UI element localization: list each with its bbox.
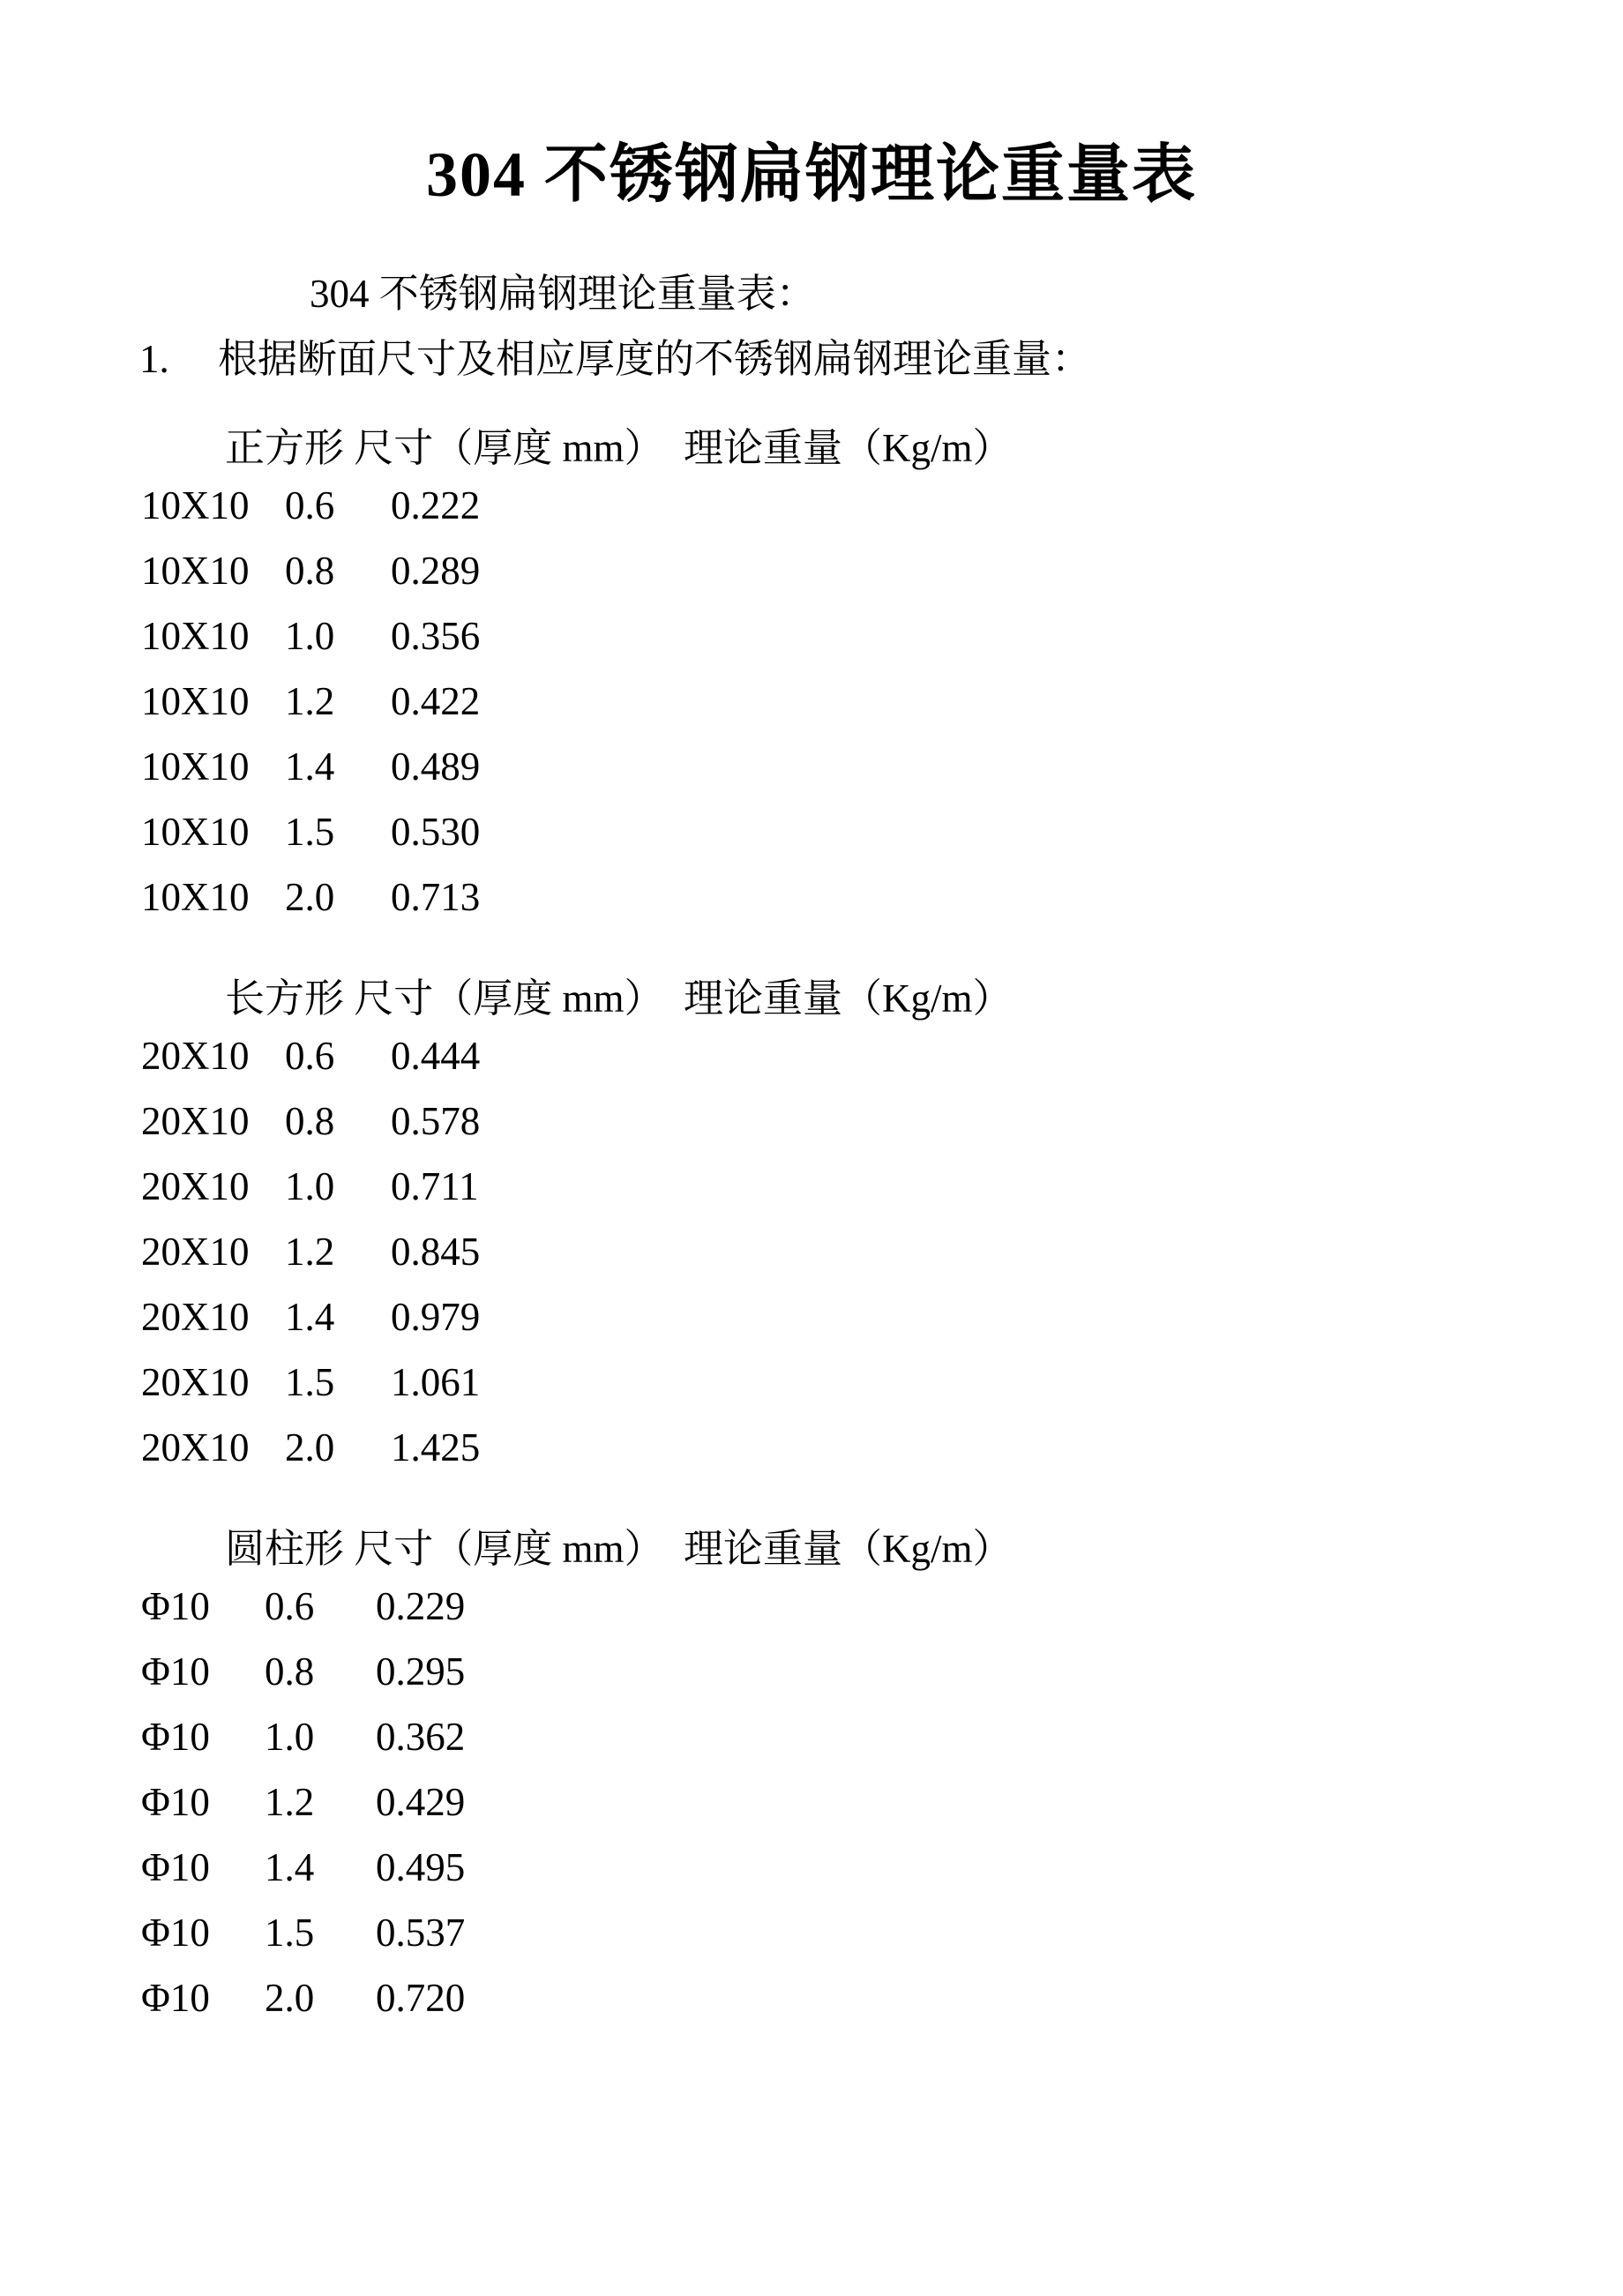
size-cell: 20X10 — [141, 1154, 285, 1219]
table-row: Φ10 1.4 0.495 — [141, 1835, 1623, 1900]
thickness-cell: 0.6 — [265, 1574, 376, 1639]
weight-cell: 0.720 — [376, 1965, 465, 2031]
document-subtitle: 304 不锈钢扁钢理论重量表： — [310, 273, 1623, 314]
table-row: 20X10 0.6 0.444 — [141, 1023, 1623, 1088]
weight-cell: 0.530 — [391, 799, 480, 864]
section-rows: Φ10 0.6 0.229 Φ10 0.8 0.295 Φ10 1.0 0.36… — [0, 1574, 1623, 2031]
thickness-cell: 1.4 — [265, 1835, 376, 1900]
weight-table-section: 长方形 尺寸（厚度 mm） 理论重量（Kg/m） 20X10 0.6 0.444… — [0, 978, 1623, 1480]
table-row: 10X10 2.0 0.713 — [141, 864, 1623, 930]
size-cell: Φ10 — [141, 1900, 265, 1965]
size-cell: 10X10 — [141, 473, 285, 538]
thickness-cell: 1.5 — [285, 799, 391, 864]
weight-cell: 0.979 — [391, 1284, 480, 1350]
weight-cell: 0.229 — [376, 1574, 465, 1639]
table-row: 20X10 2.0 1.425 — [141, 1415, 1623, 1480]
size-cell: Φ10 — [141, 1639, 265, 1704]
size-cell: Φ10 — [141, 1704, 265, 1769]
weight-table-section: 正方形 尺寸（厚度 mm） 理论重量（Kg/m） 10X10 0.6 0.222… — [0, 428, 1623, 930]
size-cell: Φ10 — [141, 1769, 265, 1835]
table-row: 20X10 1.4 0.979 — [141, 1284, 1623, 1350]
thickness-cell: 0.8 — [265, 1639, 376, 1704]
thickness-cell: 1.5 — [265, 1900, 376, 1965]
thickness-cell: 2.0 — [285, 1415, 391, 1480]
weight-cell: 0.362 — [376, 1704, 465, 1769]
thickness-cell: 1.0 — [285, 1154, 391, 1219]
size-cell: 20X10 — [141, 1023, 285, 1088]
weight-cell: 0.713 — [391, 864, 480, 930]
size-cell: 20X10 — [141, 1415, 285, 1480]
thickness-cell: 0.6 — [285, 1023, 391, 1088]
page-title: 304 不锈钢扁钢理论重量表 — [0, 0, 1623, 210]
thickness-cell: 1.0 — [285, 603, 391, 669]
table-row: Φ10 0.6 0.229 — [141, 1574, 1623, 1639]
weight-cell: 0.356 — [391, 603, 480, 669]
weight-table-section: 圆柱形 尺寸（厚度 mm） 理论重量（Kg/m） Φ10 0.6 0.229 Φ… — [0, 1529, 1623, 2031]
size-cell: 10X10 — [141, 799, 285, 864]
thickness-cell: 1.2 — [285, 669, 391, 734]
weight-cell: 0.537 — [376, 1900, 465, 1965]
size-cell: 10X10 — [141, 669, 285, 734]
table-row: 20X10 1.5 1.061 — [141, 1350, 1623, 1415]
section-heading: 长方形 尺寸（厚度 mm） 理论重量（Kg/m） — [225, 978, 1623, 1019]
table-row: 20X10 1.0 0.711 — [141, 1154, 1623, 1219]
sections-container: 正方形 尺寸（厚度 mm） 理论重量（Kg/m） 10X10 0.6 0.222… — [0, 428, 1623, 2031]
table-row: 10X10 1.2 0.422 — [141, 669, 1623, 734]
weight-cell: 0.711 — [391, 1154, 479, 1219]
size-cell: 10X10 — [141, 864, 285, 930]
weight-cell: 1.061 — [391, 1350, 480, 1415]
thickness-cell: 2.0 — [285, 864, 391, 930]
thickness-cell: 1.5 — [285, 1350, 391, 1415]
weight-cell: 0.429 — [376, 1769, 465, 1835]
section-heading: 正方形 尺寸（厚度 mm） 理论重量（Kg/m） — [225, 428, 1623, 468]
weight-cell: 0.845 — [391, 1219, 480, 1284]
table-row: Φ10 2.0 0.720 — [141, 1965, 1623, 2031]
table-row: 10X10 1.0 0.356 — [141, 603, 1623, 669]
numbered-list-item: 1. 根据断面尺寸及相应厚度的不锈钢扁钢理论重量： — [139, 339, 1623, 379]
table-row: Φ10 1.2 0.429 — [141, 1769, 1623, 1835]
section-heading: 圆柱形 尺寸（厚度 mm） 理论重量（Kg/m） — [225, 1529, 1623, 1569]
section-rows: 10X10 0.6 0.222 10X10 0.8 0.289 10X10 1.… — [0, 473, 1623, 930]
thickness-cell: 0.8 — [285, 1088, 391, 1154]
size-cell: 10X10 — [141, 603, 285, 669]
size-cell: Φ10 — [141, 1574, 265, 1639]
size-cell: Φ10 — [141, 1965, 265, 2031]
table-row: 10X10 0.8 0.289 — [141, 538, 1623, 603]
thickness-cell: 1.2 — [285, 1219, 391, 1284]
size-cell: 20X10 — [141, 1284, 285, 1350]
weight-cell: 0.489 — [391, 734, 480, 799]
table-row: 20X10 1.2 0.845 — [141, 1219, 1623, 1284]
table-row: 20X10 0.8 0.578 — [141, 1088, 1623, 1154]
thickness-cell: 1.0 — [265, 1704, 376, 1769]
size-cell: 10X10 — [141, 734, 285, 799]
weight-cell: 0.578 — [391, 1088, 480, 1154]
size-cell: 10X10 — [141, 538, 285, 603]
weight-cell: 1.425 — [391, 1415, 480, 1480]
thickness-cell: 1.2 — [265, 1769, 376, 1835]
weight-cell: 0.495 — [376, 1835, 465, 1900]
table-row: 10X10 1.5 0.530 — [141, 799, 1623, 864]
thickness-cell: 2.0 — [265, 1965, 376, 2031]
table-row: Φ10 1.0 0.362 — [141, 1704, 1623, 1769]
table-row: 10X10 1.4 0.489 — [141, 734, 1623, 799]
table-row: 10X10 0.6 0.222 — [141, 473, 1623, 538]
document-page: 304 不锈钢扁钢理论重量表 304 不锈钢扁钢理论重量表： 1. 根据断面尺寸… — [0, 0, 1623, 2296]
table-row: Φ10 0.8 0.295 — [141, 1639, 1623, 1704]
weight-cell: 0.222 — [391, 473, 480, 538]
thickness-cell: 1.4 — [285, 1284, 391, 1350]
size-cell: 20X10 — [141, 1088, 285, 1154]
weight-cell: 0.422 — [391, 669, 480, 734]
size-cell: Φ10 — [141, 1835, 265, 1900]
thickness-cell: 0.8 — [285, 538, 391, 603]
size-cell: 20X10 — [141, 1350, 285, 1415]
table-row: Φ10 1.5 0.537 — [141, 1900, 1623, 1965]
thickness-cell: 0.6 — [285, 473, 391, 538]
list-item-text: 根据断面尺寸及相应厚度的不锈钢扁钢理论重量： — [218, 339, 1091, 379]
list-item-number: 1. — [139, 339, 218, 379]
weight-cell: 0.444 — [391, 1023, 480, 1088]
section-rows: 20X10 0.6 0.444 20X10 0.8 0.578 20X10 1.… — [0, 1023, 1623, 1480]
weight-cell: 0.289 — [391, 538, 480, 603]
weight-cell: 0.295 — [376, 1639, 465, 1704]
size-cell: 20X10 — [141, 1219, 285, 1284]
thickness-cell: 1.4 — [285, 734, 391, 799]
